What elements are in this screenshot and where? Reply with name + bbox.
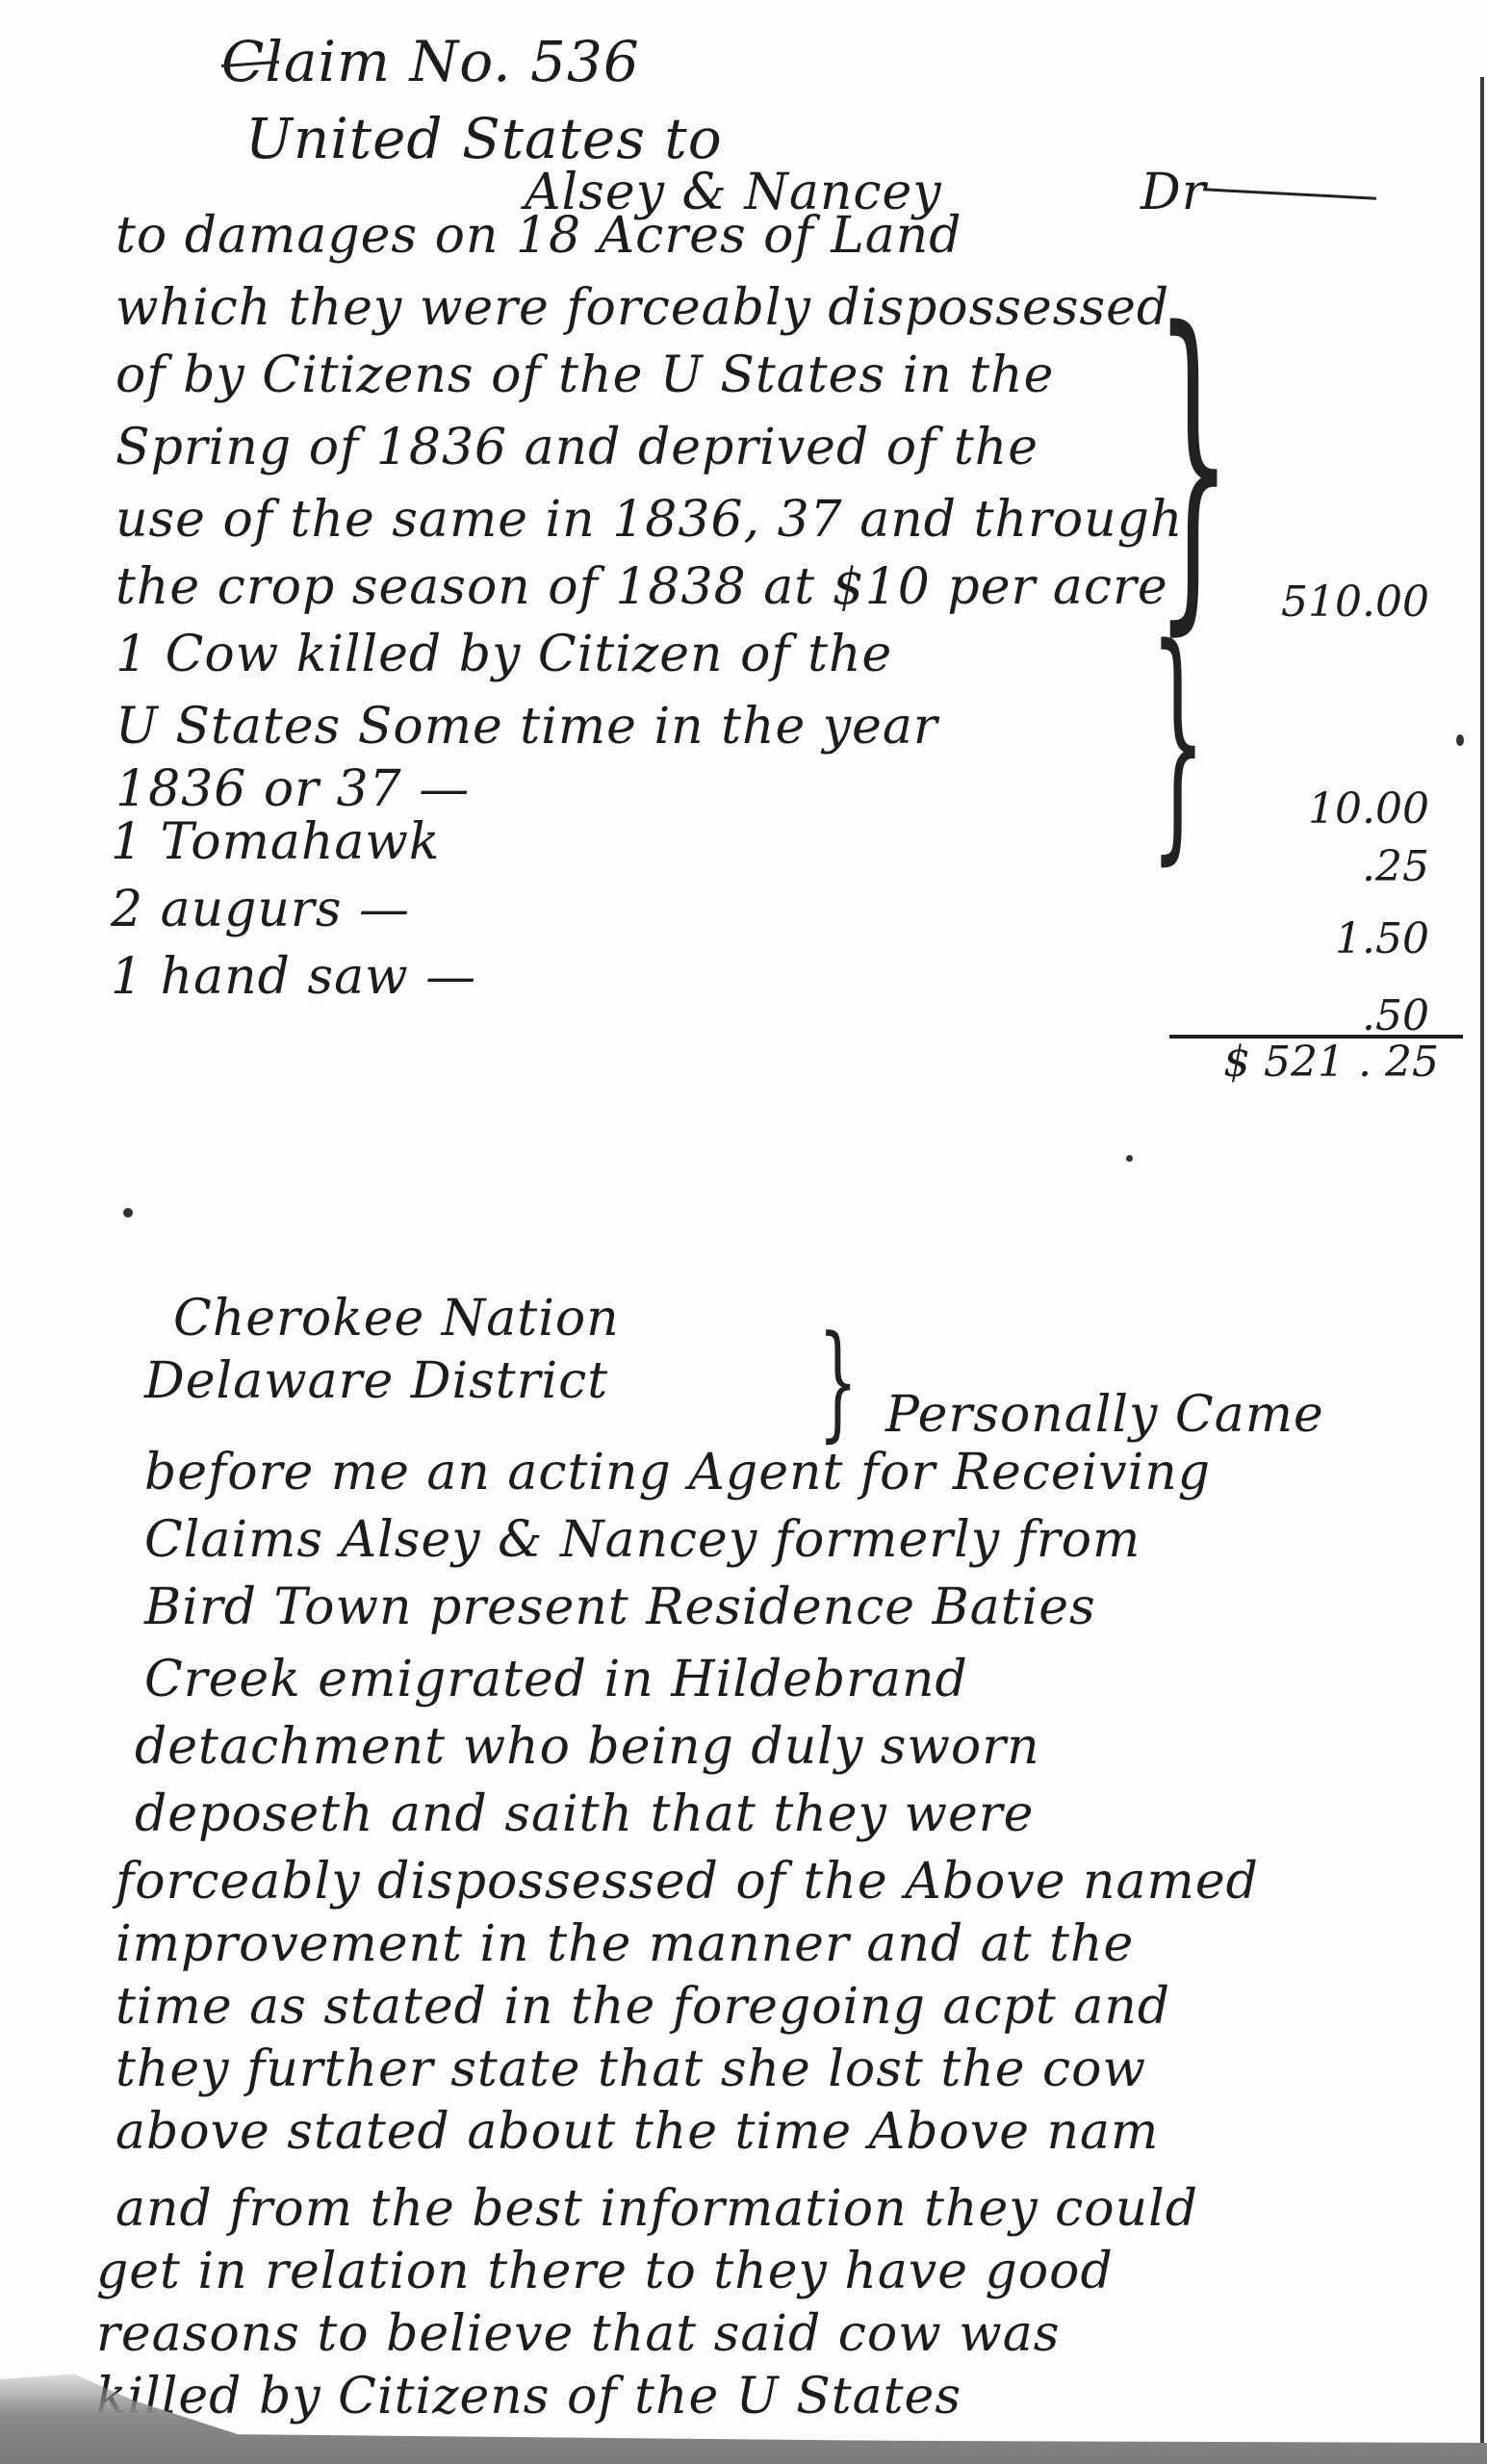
- item-amount: 1.50: [1256, 914, 1429, 963]
- affidavit-line: Creek emigrated in Hildebrand: [144, 1651, 968, 1708]
- header-united-states-to: United States to: [245, 106, 723, 171]
- item-line: to damages on 18 Acres of Land: [115, 207, 962, 265]
- item-amount: .50: [1256, 991, 1429, 1040]
- affidavit-line: Bird Town present Residence Baties: [144, 1578, 1096, 1636]
- scanned-document-page: Claim No. 536 United States to Alsey & N…: [0, 0, 1487, 2464]
- affidavit-line: Personally Came: [885, 1386, 1324, 1444]
- item-amount: .25: [1256, 842, 1429, 891]
- item-line: 1836 or 37 —: [115, 760, 470, 818]
- affidavit-line: they further state that she lost the cow: [115, 2040, 1146, 2098]
- bracket-brace: }: [1150, 616, 1206, 866]
- affidavit-heading-nation: Cherokee Nation: [173, 1290, 620, 1347]
- item-line: 2 augurs —: [111, 881, 410, 938]
- bracket-brace: }: [818, 1319, 858, 1444]
- item-line: U States Some time in the year: [115, 698, 938, 756]
- affidavit-line: above stated about the time Above nam: [115, 2103, 1159, 2161]
- ink-speck: [123, 1208, 133, 1218]
- total-amount: $ 521 . 25: [1160, 1038, 1439, 1087]
- item-line: Spring of 1836 and deprived of the: [115, 419, 1038, 476]
- debit-flourish: [1203, 188, 1376, 199]
- bracket-brace: }: [1155, 289, 1232, 635]
- item-line: 1 Cow killed by Citizen of the: [115, 626, 892, 683]
- page-edge-border: [1480, 77, 1484, 2464]
- item-amount: 510.00: [1256, 577, 1429, 627]
- affidavit-line: killed by Citizens of the U States: [96, 2368, 961, 2425]
- ink-speck: [1126, 1155, 1133, 1162]
- affidavit-line: Claims Alsey & Nancey formerly from: [144, 1511, 1141, 1569]
- affidavit-line: reasons to believe that said cow was: [96, 2305, 1060, 2363]
- affidavit-line: get in relation there to they have good: [96, 2243, 1114, 2300]
- debit-mark: Dr: [1141, 164, 1207, 221]
- item-line: the crop season of 1838 at $10 per acre: [115, 558, 1168, 616]
- item-line: which they were forceably dispossessed: [115, 279, 1169, 337]
- item-amount: 10.00: [1256, 784, 1429, 834]
- affidavit-line: before me an acting Agent for Receiving: [144, 1444, 1211, 1501]
- affidavit-line: and from the best information they could: [115, 2180, 1198, 2238]
- item-line: use of the same in 1836, 37 and through: [115, 491, 1183, 549]
- affidavit-line: forceably dispossessed of the Above name…: [115, 1853, 1259, 1911]
- affidavit-heading-district: Delaware District: [144, 1352, 608, 1410]
- item-line: 1 hand saw —: [111, 948, 476, 1006]
- claim-title: Claim No. 536: [221, 29, 640, 94]
- item-line: 1 Tomahawk: [111, 813, 440, 871]
- affidavit-line: deposeth and saith that they were: [135, 1785, 1034, 1843]
- item-line: of by Citizens of the U States in the: [115, 346, 1054, 404]
- affidavit-line: improvement in the manner and at the: [115, 1915, 1134, 1973]
- affidavit-line: time as stated in the foregoing acpt and: [115, 1978, 1170, 2036]
- affidavit-line: detachment who being duly sworn: [135, 1718, 1040, 1776]
- ink-speck: [1456, 734, 1464, 746]
